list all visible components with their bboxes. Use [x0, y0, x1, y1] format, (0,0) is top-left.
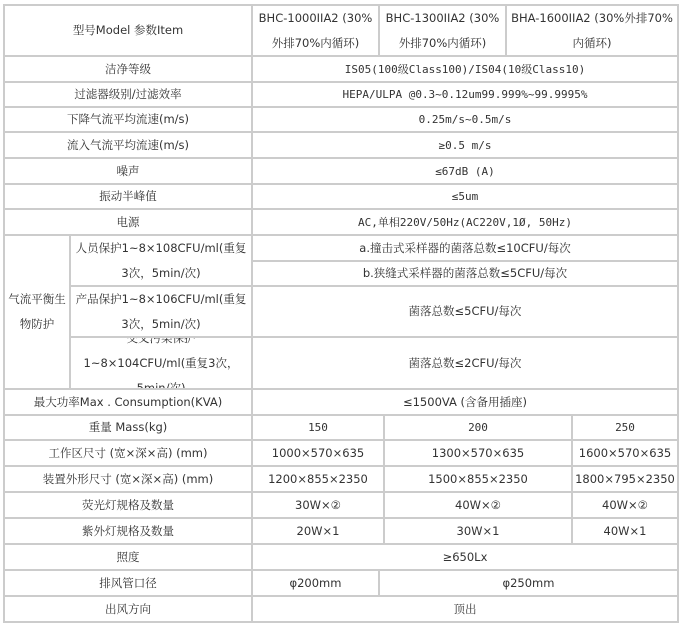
row-value-vibration: ≤5um	[251, 183, 679, 210]
row-label-uv-lamp: 紫外灯规格及数量	[3, 517, 253, 545]
uv-lamp-value-2: 30W×1	[383, 517, 573, 545]
row-label-outer-size: 装置外形尺寸 (宽×深×高) (mm)	[3, 465, 253, 493]
bio-protection-group-label: 气流平衡生物防护	[3, 234, 71, 390]
work-area-value-2: 1300×570×635	[383, 439, 573, 467]
row-value-cleanliness: IS05(100级Class100)/IS04(10级Class10)	[251, 55, 679, 83]
header-model-1: BHC-1000IIA2 (30%外排70%内循环)	[251, 4, 380, 57]
header-model-3: BHA-1600IIA2 (30%外排70%内循环)	[505, 4, 679, 57]
row-label-exhaust: 排风管口径	[3, 569, 253, 597]
row-label-illuminance: 照度	[3, 543, 253, 571]
row-value-power-supply: AC,单相220V/50Hz(AC220V,1Ø, 50Hz)	[251, 208, 679, 236]
row-label-vibration: 振动半峰值	[3, 183, 253, 210]
row-value-illuminance: ≥650Lx	[251, 543, 679, 571]
bio-personnel-value-a: a.撞击式采样器的菌落总数≤10CFU/每次	[251, 234, 679, 262]
bio-cross-contamination-label: 交叉污染保护1~8×104CFU/ml(重复3次，5min/次)	[69, 336, 253, 390]
mass-value-1: 150	[251, 414, 385, 441]
row-value-max-power: ≤1500VA (含备用插座)	[251, 388, 679, 416]
row-label-fluorescent: 荧光灯规格及数量	[3, 491, 253, 519]
row-label-noise: 噪声	[3, 157, 253, 185]
mass-value-2: 200	[383, 414, 573, 441]
row-label-max-power: 最大功率Max . Consumption(KVA)	[3, 388, 253, 416]
row-label-cleanliness: 洁净等级	[3, 55, 253, 83]
mass-value-3: 250	[571, 414, 679, 441]
uv-lamp-value-3: 40W×1	[571, 517, 679, 545]
row-value-noise: ≤67dB (A)	[251, 157, 679, 185]
row-label-filter: 过滤器级别/过滤效率	[3, 81, 253, 108]
outer-size-value-2: 1500×855×2350	[383, 465, 573, 493]
row-label-work-area: 工作区尺寸 (宽×深×高) (mm)	[3, 439, 253, 467]
work-area-value-3: 1600×570×635	[571, 439, 679, 467]
row-value-filter: HEPA/ULPA @0.3~0.12um99.999%~99.9995%	[251, 81, 679, 108]
header-item-label: 型号Model 参数Item	[3, 4, 253, 57]
header-model-2: BHC-1300IIA2 (30%外排70%内循环)	[378, 4, 507, 57]
spec-table: 型号Model 参数Item BHC-1000IIA2 (30%外排70%内循环…	[3, 4, 679, 623]
row-label-inflow: 流入气流平均流速(m/s)	[3, 131, 253, 159]
row-label-mass: 重量 Mass(kg)	[3, 414, 253, 441]
row-label-power-supply: 电源	[3, 208, 253, 236]
exhaust-value-2: φ250mm	[378, 569, 679, 597]
outer-size-value-1: 1200×855×2350	[251, 465, 385, 493]
row-value-inflow: ≥0.5 m/s	[251, 131, 679, 159]
fluorescent-value-3: 40W×②	[571, 491, 679, 519]
row-value-downflow: 0.25m/s~0.5m/s	[251, 106, 679, 133]
row-label-outlet-direction: 出风方向	[3, 595, 253, 623]
fluorescent-value-1: 30W×②	[251, 491, 385, 519]
bio-cross-contamination-value: 菌落总数≤2CFU/每次	[251, 336, 679, 390]
uv-lamp-value-1: 20W×1	[251, 517, 385, 545]
row-label-downflow: 下降气流平均流速(m/s)	[3, 106, 253, 133]
row-value-outlet-direction: 顶出	[251, 595, 679, 623]
bio-personnel-label: 人员保护1~8×108CFU/ml(重复3次，5min/次)	[69, 234, 253, 287]
work-area-value-1: 1000×570×635	[251, 439, 385, 467]
outer-size-value-3: 1800×795×2350	[571, 465, 679, 493]
bio-product-label: 产品保护1~8×106CFU/ml(重复3次，5min/次)	[69, 285, 253, 338]
bio-product-value: 菌落总数≤5CFU/每次	[251, 285, 679, 338]
bio-personnel-value-b: b.狭缝式采样器的菌落总数≤5CFU/每次	[251, 260, 679, 287]
exhaust-value-1: φ200mm	[251, 569, 380, 597]
fluorescent-value-2: 40W×②	[383, 491, 573, 519]
